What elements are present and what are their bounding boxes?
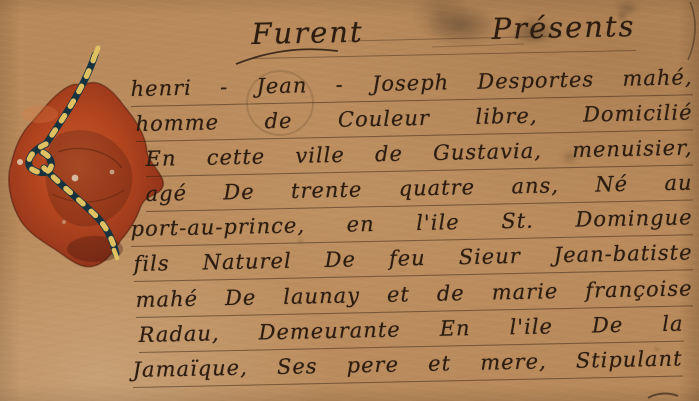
- manuscript-page: Furent Présents henri - Jean - Joseph De…: [0, 0, 699, 401]
- manuscript-line-6: fils Naturel De feu Sieur Jean-batiste: [133, 239, 693, 282]
- corner-stroke: [688, 2, 695, 60]
- manuscript-line-9: Jamaïque, Ses pere et mere, Stipulant: [132, 345, 683, 388]
- title-line: Furent Présents: [251, 8, 636, 59]
- next-line-peek: [648, 394, 678, 398]
